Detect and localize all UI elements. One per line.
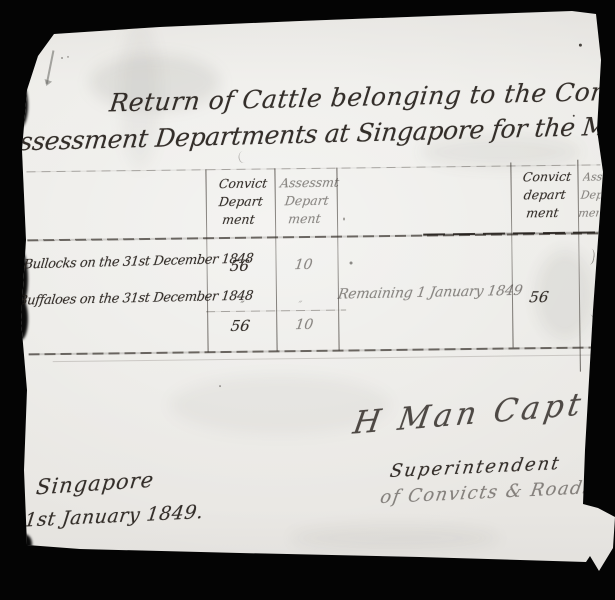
- convict-column-header: Convict Depart ment: [204, 174, 277, 229]
- document-title-line2: Assessment Departments at Singapore for …: [0, 106, 615, 157]
- place-name: Singapore: [35, 468, 156, 500]
- column-rule-3: [336, 168, 339, 351]
- table-top-rule: [26, 164, 600, 172]
- header-line: depart: [512, 186, 578, 205]
- pencil-dot: [61, 57, 63, 59]
- column-rule-2: [274, 168, 277, 351]
- header-line: Convict: [514, 168, 580, 187]
- remaining-note: Remaining 1 January 1849: [337, 283, 524, 303]
- header-fragment: ment: [577, 204, 599, 222]
- header-line: Depart: [207, 192, 275, 211]
- header-line: Convict: [209, 174, 277, 193]
- scanned-document: 3 Return of Cattle belonging to the Conv…: [0, 0, 615, 600]
- signature-title-line2: of Convicts & Roads: [379, 477, 596, 508]
- bullocks-convict-value: 56: [220, 257, 258, 275]
- margin-pen-mark: [584, 314, 595, 329]
- page-content: 3 Return of Cattle belonging to the Conv…: [0, 0, 615, 600]
- row-label-bullocks: Bullocks on the 31st December 1848: [23, 251, 254, 272]
- total-assessment-value: 10: [283, 317, 325, 334]
- assessment-column-header: Assessmt Depart ment: [274, 174, 339, 229]
- cut-column-header: Assessmt Depart ment: [577, 168, 604, 222]
- header-line: ment: [509, 204, 575, 223]
- table-bottom-rule: [29, 346, 603, 355]
- date-line: 1st January 1849.: [23, 501, 205, 532]
- paper-sheet: 3 Return of Cattle belonging to the Conv…: [0, 0, 615, 600]
- document-title-line1: Return of Cattle belonging to the Convic…: [108, 75, 615, 118]
- pencil-dot: [67, 56, 69, 58]
- ink-speck: [350, 261, 353, 264]
- margin-pen-mark: [584, 248, 595, 265]
- pencil-squiggle: [237, 149, 251, 164]
- signature-title-line1: Superintendent: [388, 453, 562, 482]
- header-fragment: Depart: [580, 186, 602, 204]
- row-label-buffaloes: Buffaloes on the 31st December 1848: [17, 289, 254, 309]
- header-line: Depart: [277, 192, 337, 211]
- header-line: ment: [274, 210, 334, 229]
- ghost-rule: [53, 354, 603, 362]
- remaining-value: 56: [523, 288, 555, 306]
- folio-number: 3: [6, 64, 31, 79]
- signature-name: H Man Capt: [351, 386, 588, 442]
- ink-speck: [579, 44, 582, 47]
- right-convict-column-header: Convict depart ment: [509, 168, 580, 223]
- total-convict-value: 56: [221, 317, 259, 335]
- header-line: ment: [204, 210, 272, 229]
- header-line: Assessmt: [279, 174, 339, 193]
- bullocks-assessment-value: 10: [283, 257, 325, 274]
- pencil-arrowhead-icon: [43, 79, 53, 87]
- ink-speck: [219, 385, 221, 387]
- ink-speck: [343, 218, 345, 221]
- header-fragment: Assessmt: [582, 168, 604, 186]
- ink-speck: [573, 115, 575, 117]
